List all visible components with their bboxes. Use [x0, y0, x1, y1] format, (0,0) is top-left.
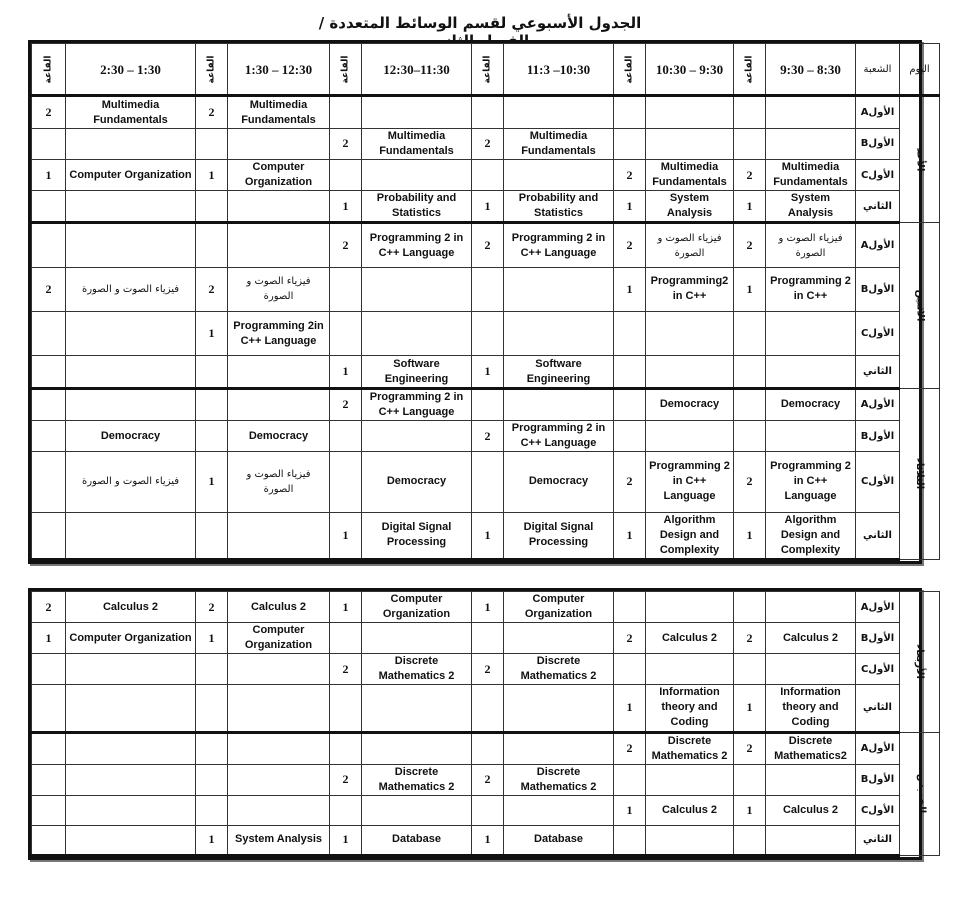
- hall-number: [734, 420, 766, 451]
- course-cell: Discrete Mathematics 2: [362, 764, 472, 795]
- course-cell: [362, 685, 472, 732]
- course-cell: Software Engineering: [362, 356, 472, 388]
- course-cell: [228, 191, 330, 223]
- hall-number: [734, 312, 766, 356]
- course-cell: [362, 267, 472, 311]
- course-cell: Multimedia Fundamentals: [504, 128, 614, 159]
- section-label: الأولC: [856, 312, 900, 356]
- course-cell: [66, 223, 196, 267]
- course-cell: Calculus 2: [66, 592, 196, 623]
- table-row: 1System Analysis1Database1Databaseالثاني: [32, 825, 940, 855]
- course-cell: [504, 795, 614, 825]
- hall-number: 1: [32, 159, 66, 190]
- hall-number: 2: [734, 452, 766, 512]
- hall-number: 2: [614, 732, 646, 764]
- hall-number: 1: [472, 592, 504, 623]
- hall-number: 1: [614, 267, 646, 311]
- course-cell: [504, 732, 614, 764]
- day-name: الأحد: [912, 148, 927, 172]
- hall-number: [32, 312, 66, 356]
- hall-number: [32, 732, 66, 764]
- hall-number: 1: [734, 512, 766, 559]
- table-row: 2Programming 2 in C++ LanguageDemocracyD…: [32, 388, 940, 420]
- course-cell: فيزياء الصوت و الصورة: [646, 223, 734, 267]
- course-cell: Database: [362, 825, 472, 855]
- day-label: الخميس: [900, 732, 940, 856]
- course-cell: Democracy: [66, 420, 196, 451]
- hall-number: [614, 654, 646, 685]
- hall-number: 2: [330, 223, 362, 267]
- course-cell: Software Engineering: [504, 356, 614, 388]
- course-cell: [766, 96, 856, 128]
- section-label: الأولA: [856, 96, 900, 128]
- course-cell: فيزياء الصوت و الصورة: [66, 452, 196, 512]
- day-label: الاثنين: [900, 223, 940, 388]
- course-cell: Calculus 2: [646, 795, 734, 825]
- hall-number: [734, 388, 766, 420]
- course-cell: Discrete Mathematics 2: [504, 654, 614, 685]
- course-cell: [646, 825, 734, 855]
- course-cell: فيزياء الصوت و الصورة: [228, 452, 330, 512]
- hall-number: [196, 388, 228, 420]
- course-cell: فيزياء الصوت و الصورة: [228, 267, 330, 311]
- hall-number: 1: [330, 825, 362, 855]
- hall-number: 2: [196, 592, 228, 623]
- hall-number: [32, 512, 66, 559]
- course-cell: [66, 795, 196, 825]
- hall-number: 1: [32, 623, 66, 654]
- course-cell: [766, 592, 856, 623]
- hall-column-header: القاعة: [472, 44, 504, 96]
- table-row: 1Information theory and Coding1Informati…: [32, 685, 940, 732]
- course-cell: [646, 356, 734, 388]
- header-row: القاعة2:30 – 1:30القاعة1:30 – 12:30القاع…: [32, 44, 940, 96]
- table-row: 1Probability and Statistics1Probability …: [32, 191, 940, 223]
- hall-number: 1: [734, 685, 766, 732]
- table-row: فيزياء الصوت و الصورة1فيزياء الصوت و الص…: [32, 452, 940, 512]
- hall-number: 1: [330, 512, 362, 559]
- course-cell: [362, 96, 472, 128]
- course-cell: Democracy: [646, 388, 734, 420]
- course-cell: Probability and Statistics: [504, 191, 614, 223]
- hall-number: [734, 356, 766, 388]
- course-cell: Programming 2in C++ Language: [228, 312, 330, 356]
- hall-number: [196, 685, 228, 732]
- hall-number: [196, 223, 228, 267]
- course-cell: [66, 128, 196, 159]
- course-cell: Digital Signal Processing: [362, 512, 472, 559]
- hall-number: [330, 312, 362, 356]
- course-cell: Algorithm Design and Complexity: [766, 512, 856, 559]
- hall-number: 2: [196, 96, 228, 128]
- course-cell: [66, 654, 196, 685]
- hall-number: [196, 191, 228, 223]
- hall-number: [472, 267, 504, 311]
- day-name: الاثنين: [912, 290, 927, 322]
- hall-number: [32, 825, 66, 855]
- hall-number: [614, 592, 646, 623]
- course-cell: [66, 825, 196, 855]
- hall-column-header: القاعة: [32, 44, 66, 96]
- hall-number: [472, 452, 504, 512]
- hall-number: 1: [614, 685, 646, 732]
- course-cell: Democracy: [504, 452, 614, 512]
- schedule-table-1: القاعة2:30 – 1:30القاعة1:30 – 12:30القاع…: [28, 40, 922, 564]
- hall-number: 1: [472, 825, 504, 855]
- section-label: الثاني: [856, 191, 900, 223]
- hall-number: 1: [330, 356, 362, 388]
- table-row: 1Computer Organization1Computer Organiza…: [32, 623, 940, 654]
- hall-number: [472, 159, 504, 190]
- hall-number: [196, 512, 228, 559]
- course-cell: [504, 312, 614, 356]
- hall-number: 1: [472, 191, 504, 223]
- course-cell: [66, 312, 196, 356]
- hall-number: 1: [614, 795, 646, 825]
- course-cell: Programming 2 in C++ Language: [646, 452, 734, 512]
- hall-number: 1: [196, 825, 228, 855]
- course-cell: Computer Organization: [362, 592, 472, 623]
- course-cell: Computer Organization: [66, 623, 196, 654]
- hall-number: [32, 223, 66, 267]
- course-cell: Calculus 2: [766, 795, 856, 825]
- hall-number: [734, 592, 766, 623]
- course-cell: [646, 420, 734, 451]
- table-row: 1Computer Organization1Computer Organiza…: [32, 159, 940, 190]
- table-row: 1Calculus 21Calculus 2الأولC: [32, 795, 940, 825]
- section-column-header: الشعبة: [856, 44, 900, 96]
- hall-number: 1: [734, 267, 766, 311]
- course-cell: [66, 685, 196, 732]
- hall-number: 2: [330, 128, 362, 159]
- course-cell: Multimedia Fundamentals: [766, 159, 856, 190]
- hall-number: [196, 128, 228, 159]
- course-cell: [646, 128, 734, 159]
- section-label: الثاني: [856, 512, 900, 559]
- hall-number: [472, 795, 504, 825]
- hall-number: [32, 685, 66, 732]
- course-cell: Programming 2 in C++ Language: [504, 223, 614, 267]
- hall-number: [734, 128, 766, 159]
- hall-number: [734, 96, 766, 128]
- course-cell: Calculus 2: [646, 623, 734, 654]
- course-cell: [766, 764, 856, 795]
- table-row: 1Programming 2in C++ LanguageالأولC: [32, 312, 940, 356]
- course-cell: Computer Organization: [228, 159, 330, 190]
- hall-number: [330, 420, 362, 451]
- hall-number: 1: [472, 512, 504, 559]
- course-cell: Information theory and Coding: [646, 685, 734, 732]
- hall-number: [734, 654, 766, 685]
- course-cell: Digital Signal Processing: [504, 512, 614, 559]
- section-label: الأولB: [856, 128, 900, 159]
- section-label: الأولA: [856, 223, 900, 267]
- course-cell: [66, 388, 196, 420]
- time-slot-header: 2:30 – 1:30: [66, 44, 196, 96]
- hall-number: [472, 732, 504, 764]
- hall-label: القاعة: [480, 56, 495, 84]
- time-slot-header: 11:3 –10:30: [504, 44, 614, 96]
- course-cell: [504, 388, 614, 420]
- course-cell: [228, 654, 330, 685]
- hall-number: 1: [734, 191, 766, 223]
- course-cell: Calculus 2: [766, 623, 856, 654]
- hall-number: 1: [330, 592, 362, 623]
- hall-number: [614, 764, 646, 795]
- course-cell: [362, 623, 472, 654]
- course-cell: [766, 420, 856, 451]
- hall-number: 2: [472, 223, 504, 267]
- time-slot-header: 12:30–11:30: [362, 44, 472, 96]
- course-cell: [66, 191, 196, 223]
- course-cell: Information theory and Coding: [766, 685, 856, 732]
- section-label: الثاني: [856, 825, 900, 855]
- hall-label: القاعة: [204, 56, 219, 84]
- hall-number: 2: [330, 654, 362, 685]
- hall-number: 2: [330, 764, 362, 795]
- hall-number: 1: [330, 191, 362, 223]
- table-row: 2Calculus 22Calculus 21Computer Organiza…: [32, 592, 940, 623]
- course-cell: [228, 764, 330, 795]
- hall-number: [196, 764, 228, 795]
- course-cell: [766, 312, 856, 356]
- course-cell: Programming 2 in C++ Language: [362, 223, 472, 267]
- course-cell: [362, 795, 472, 825]
- hall-number: [472, 312, 504, 356]
- day-label: الثلاثاء: [900, 388, 940, 559]
- time-slot-header: 9:30 – 8:30: [766, 44, 856, 96]
- course-cell: [228, 388, 330, 420]
- hall-column-header: القاعة: [196, 44, 228, 96]
- hall-number: [330, 685, 362, 732]
- hall-number: [32, 128, 66, 159]
- day-name: الثلاثاء: [912, 458, 927, 489]
- hall-number: 1: [614, 512, 646, 559]
- hall-column-header: القاعة: [330, 44, 362, 96]
- time-slot-header: 1:30 – 12:30: [228, 44, 330, 96]
- course-cell: Programming 2 in C++ Language: [766, 452, 856, 512]
- course-cell: Calculus 2: [228, 592, 330, 623]
- course-cell: [766, 356, 856, 388]
- table-row: 2Discrete Mathematics 22Discrete Mathema…: [32, 764, 940, 795]
- hall-label: القاعة: [41, 56, 56, 84]
- hall-number: [472, 623, 504, 654]
- course-cell: [646, 654, 734, 685]
- hall-number: 2: [614, 623, 646, 654]
- hall-number: [196, 732, 228, 764]
- course-cell: Discrete Mathematics 2: [504, 764, 614, 795]
- course-cell: Democracy: [766, 388, 856, 420]
- hall-number: [32, 764, 66, 795]
- course-cell: Multimedia Fundamentals: [646, 159, 734, 190]
- course-cell: [362, 312, 472, 356]
- course-cell: [646, 592, 734, 623]
- course-cell: Database: [504, 825, 614, 855]
- section-label: الأولA: [856, 592, 900, 623]
- table-row: 2Discrete Mathematics 22Discrete Mathema…: [32, 654, 940, 685]
- hall-number: [614, 312, 646, 356]
- course-cell: [228, 223, 330, 267]
- hall-number: [330, 795, 362, 825]
- section-label: الأولA: [856, 388, 900, 420]
- course-cell: [362, 732, 472, 764]
- course-cell: Computer Organization: [66, 159, 196, 190]
- day-name: الخميس: [914, 774, 929, 813]
- hall-number: [32, 654, 66, 685]
- hall-number: [614, 825, 646, 855]
- day-column-header: اليوم: [900, 44, 940, 96]
- course-cell: Algorithm Design and Complexity: [646, 512, 734, 559]
- hall-number: 1: [472, 356, 504, 388]
- course-cell: Multimedia Fundamentals: [362, 128, 472, 159]
- course-cell: [504, 96, 614, 128]
- hall-number: [330, 623, 362, 654]
- section-label: الأولC: [856, 159, 900, 190]
- course-cell: [362, 420, 472, 451]
- hall-number: 2: [734, 732, 766, 764]
- course-cell: [646, 764, 734, 795]
- hall-number: 2: [734, 159, 766, 190]
- hall-number: [330, 96, 362, 128]
- hall-number: [614, 128, 646, 159]
- course-cell: [228, 128, 330, 159]
- course-cell: [766, 825, 856, 855]
- hall-number: 2: [614, 159, 646, 190]
- hall-number: [330, 732, 362, 764]
- course-cell: Discrete Mathematics 2: [646, 732, 734, 764]
- section-label: الأولC: [856, 795, 900, 825]
- course-cell: [228, 685, 330, 732]
- course-cell: [66, 356, 196, 388]
- table-row: 2Programming 2 in C++ Language2Programmi…: [32, 223, 940, 267]
- course-cell: [228, 512, 330, 559]
- table-row: 1Digital Signal Processing1Digital Signa…: [32, 512, 940, 559]
- course-cell: Multimedia Fundamentals: [66, 96, 196, 128]
- hall-number: 2: [614, 452, 646, 512]
- course-cell: Programming2 in C++: [646, 267, 734, 311]
- course-cell: Computer Organization: [228, 623, 330, 654]
- hall-number: [472, 388, 504, 420]
- course-cell: [66, 764, 196, 795]
- table-row: 2Multimedia Fundamentals2Multimedia Fund…: [32, 128, 940, 159]
- schedule-table-2: 2Calculus 22Calculus 21Computer Organiza…: [28, 588, 922, 860]
- hall-number: 1: [196, 312, 228, 356]
- hall-number: [196, 356, 228, 388]
- hall-number: 2: [330, 388, 362, 420]
- hall-number: 2: [32, 267, 66, 311]
- table-row: 2Discrete Mathematics 22Discrete Mathema…: [32, 732, 940, 764]
- hall-number: [330, 159, 362, 190]
- hall-number: 2: [32, 96, 66, 128]
- section-label: الأولB: [856, 420, 900, 451]
- course-cell: [646, 96, 734, 128]
- hall-number: 2: [614, 223, 646, 267]
- course-cell: Discrete Mathematics 2: [362, 654, 472, 685]
- day-label: الأربعاء: [900, 592, 940, 733]
- course-cell: Discrete Mathematics2: [766, 732, 856, 764]
- course-cell: [504, 159, 614, 190]
- course-cell: Probability and Statistics: [362, 191, 472, 223]
- section-label: الأولA: [856, 732, 900, 764]
- hall-number: 2: [196, 267, 228, 311]
- course-cell: [66, 732, 196, 764]
- hall-number: [614, 388, 646, 420]
- hall-number: [330, 267, 362, 311]
- hall-number: [32, 356, 66, 388]
- day-label: الأحد: [900, 96, 940, 223]
- hall-number: [734, 764, 766, 795]
- hall-label: القاعة: [742, 56, 757, 84]
- day-name: الأربعاء: [912, 644, 927, 679]
- course-cell: Programming 2 in C++ Language: [362, 388, 472, 420]
- course-cell: Democracy: [228, 420, 330, 451]
- hall-number: 2: [472, 764, 504, 795]
- course-cell: Computer Organization: [504, 592, 614, 623]
- hall-number: 2: [472, 420, 504, 451]
- table-row: 2Multimedia Fundamentals2Multimedia Fund…: [32, 96, 940, 128]
- course-cell: [766, 128, 856, 159]
- hall-number: 1: [614, 191, 646, 223]
- course-cell: System Analysis: [646, 191, 734, 223]
- section-label: الثاني: [856, 356, 900, 388]
- hall-number: 1: [196, 159, 228, 190]
- course-cell: Multimedia Fundamentals: [228, 96, 330, 128]
- hall-number: [734, 825, 766, 855]
- hall-number: [330, 452, 362, 512]
- section-label: الثاني: [856, 685, 900, 732]
- table-row: 2فيزياء الصوت و الصورة2فيزياء الصوت و ال…: [32, 267, 940, 311]
- hall-number: 1: [196, 623, 228, 654]
- table-row: 1Software Engineering1Software Engineeri…: [32, 356, 940, 388]
- hall-number: 1: [196, 452, 228, 512]
- course-cell: System Analysis: [228, 825, 330, 855]
- hall-number: [614, 420, 646, 451]
- hall-number: [614, 96, 646, 128]
- hall-column-header: القاعة: [734, 44, 766, 96]
- course-cell: [228, 732, 330, 764]
- hall-number: 2: [734, 223, 766, 267]
- hall-label: القاعة: [622, 56, 637, 84]
- course-cell: [66, 512, 196, 559]
- course-cell: System Analysis: [766, 191, 856, 223]
- hall-number: [32, 388, 66, 420]
- hall-number: [32, 452, 66, 512]
- course-cell: [646, 312, 734, 356]
- table-row: DemocracyDemocracy2Programming 2 in C++ …: [32, 420, 940, 451]
- hall-number: [32, 795, 66, 825]
- section-label: الأولB: [856, 623, 900, 654]
- course-cell: [504, 685, 614, 732]
- hall-column-header: القاعة: [614, 44, 646, 96]
- time-slot-header: 10:30 – 9:30: [646, 44, 734, 96]
- hall-number: [472, 685, 504, 732]
- hall-number: [32, 420, 66, 451]
- course-cell: [504, 623, 614, 654]
- section-label: الأولB: [856, 764, 900, 795]
- hall-number: 2: [32, 592, 66, 623]
- course-cell: فيزياء الصوت و الصورة: [766, 223, 856, 267]
- hall-number: 2: [472, 128, 504, 159]
- hall-number: [196, 420, 228, 451]
- hall-number: 2: [734, 623, 766, 654]
- hall-number: [32, 191, 66, 223]
- hall-number: [196, 654, 228, 685]
- hall-number: 2: [472, 654, 504, 685]
- course-cell: Programming 2 in C++ Language: [504, 420, 614, 451]
- course-cell: Democracy: [362, 452, 472, 512]
- course-cell: [766, 654, 856, 685]
- hall-number: [472, 96, 504, 128]
